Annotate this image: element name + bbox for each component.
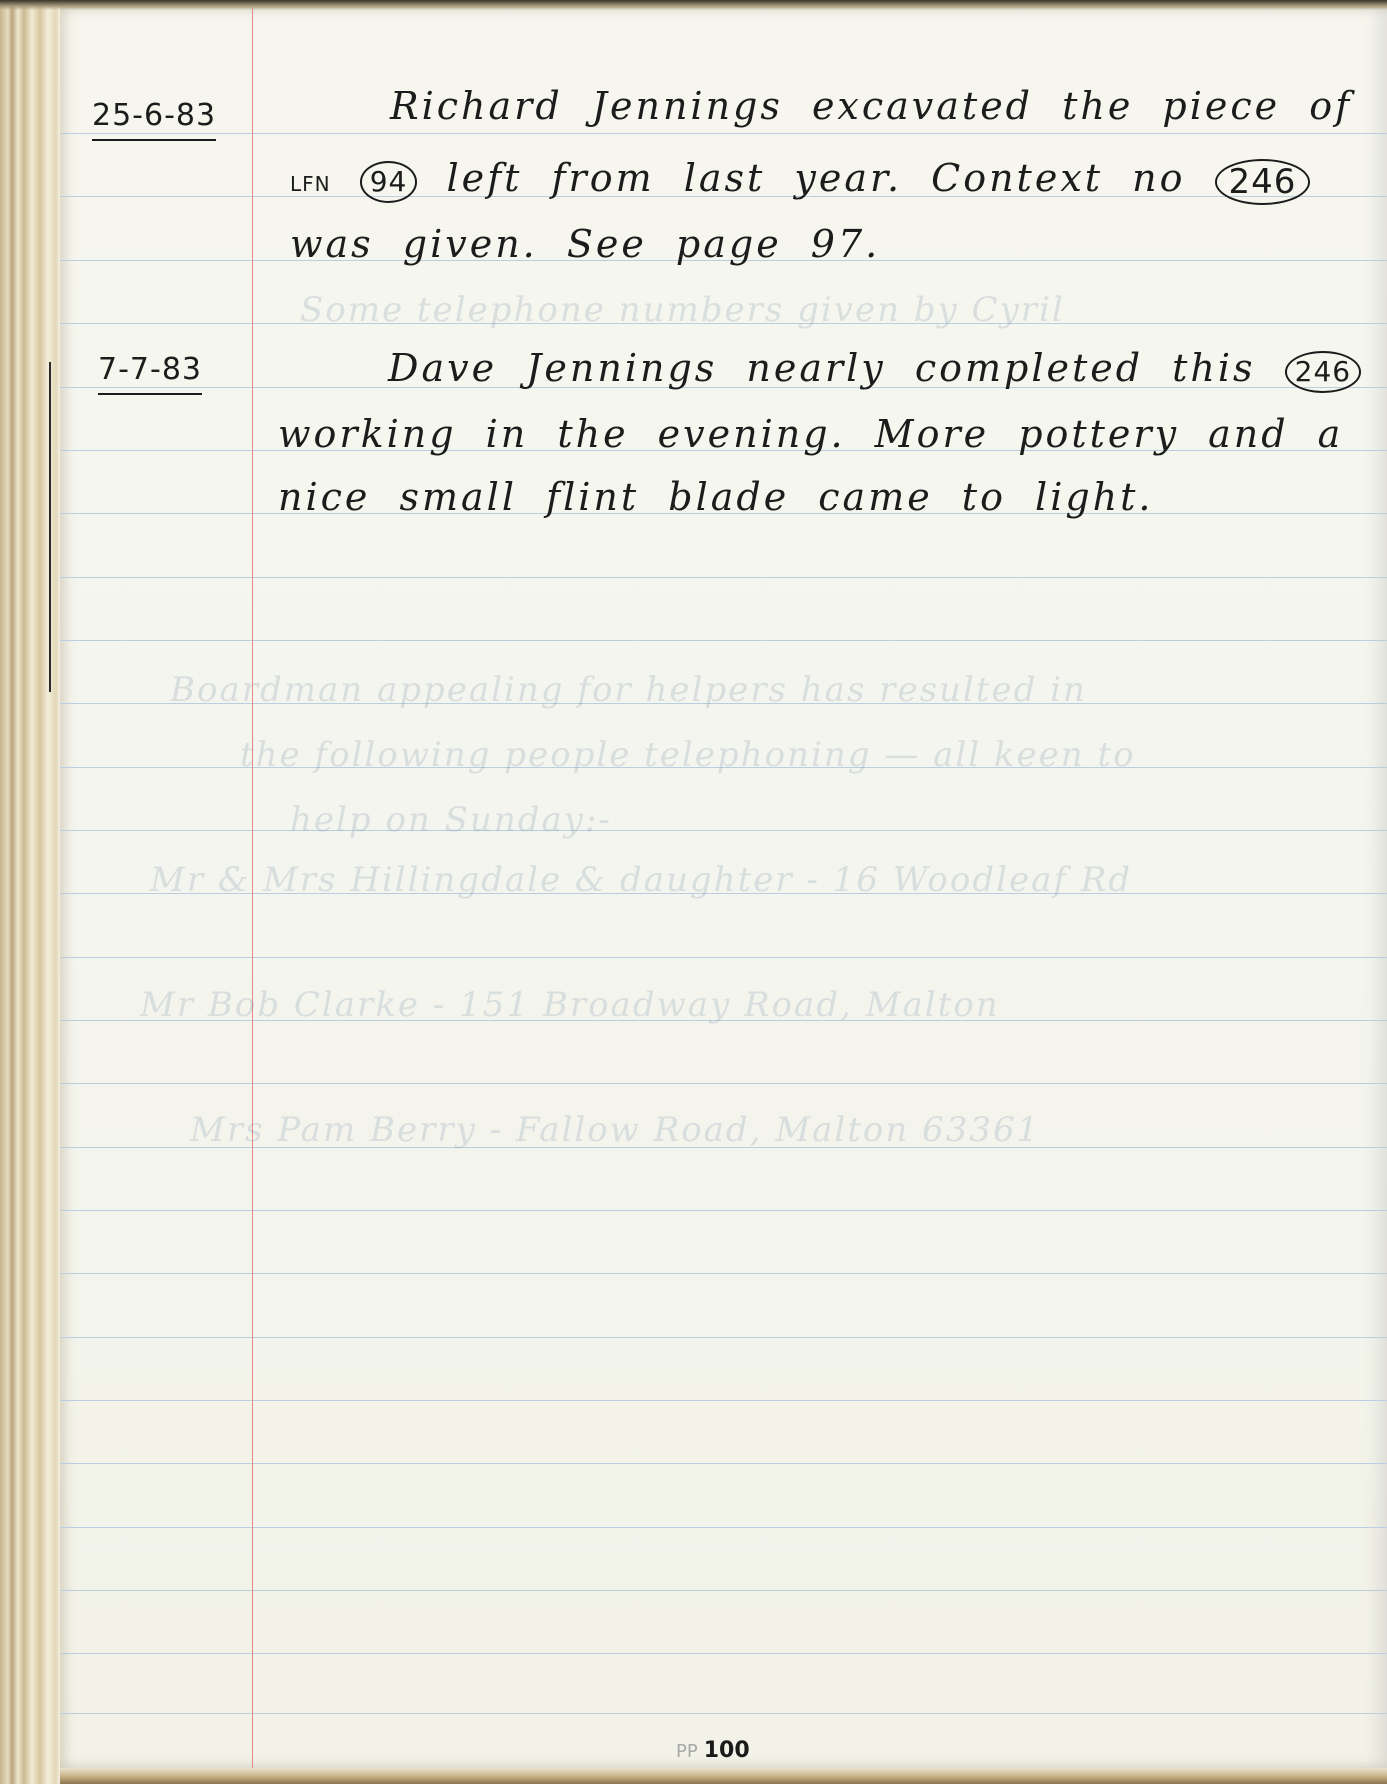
lfn-label: LFN [290,172,331,196]
entry-date: 7-7-83 [98,352,202,395]
ruled-line [60,133,1387,134]
page-number: PP100 [676,1738,750,1763]
ruled-line [60,1713,1387,1714]
ruled-line [60,1337,1387,1338]
entry-line: was given. See page 97. [290,222,880,266]
top-binding-shadow [0,0,1387,10]
circled-number: 94 [360,161,418,203]
entry-line: Richard Jennings excavated the piece of [390,84,1352,128]
show-through-text: help on Sunday:- [290,800,612,840]
entry-line: working in the evening. More pottery and… [278,412,1343,456]
ruled-line [60,1273,1387,1274]
ruled-line [60,1400,1387,1401]
entry-date: 25-6-83 [92,98,216,141]
book-bottom-edge [60,1768,1387,1784]
margin-pen-mark [49,362,51,692]
entry-line-text: Dave Jennings nearly completed this [388,346,1256,390]
ruled-line [60,957,1387,958]
circled-context-number: 246 [1285,351,1361,393]
ruled-line [60,1590,1387,1591]
page-number-value: 100 [704,1738,750,1763]
show-through-text: the following people telephoning — all k… [240,735,1136,775]
ruled-line [60,1653,1387,1654]
entry-line: nice small flint blade came to light. [278,475,1154,519]
show-through-text: Mr Bob Clarke - 151 Broadway Road, Malto… [140,985,1000,1025]
ruled-line [60,640,1387,641]
book-page-edges [0,0,60,1784]
ruled-line [60,1527,1387,1528]
entry-line: LFN 94 left from last year. Context no 2… [290,156,1310,205]
ruled-line [60,830,1387,831]
show-through-text: Some telephone numbers given by Cyril [300,290,1065,330]
show-through-text: Boardman appealing for helpers has resul… [170,670,1087,710]
ruled-line [60,1210,1387,1211]
ruled-line [60,1083,1387,1084]
ruled-line [60,1463,1387,1464]
page-number-prefix: PP [676,1741,698,1762]
entry-line: Dave Jennings nearly completed this 246 [388,346,1361,393]
entry-line-text: left from last year. Context no [446,156,1185,200]
show-through-text: Mrs Pam Berry - Fallow Road, Malton 6336… [190,1110,1040,1150]
circled-context-number: 246 [1215,159,1311,205]
ruled-line [60,577,1387,578]
show-through-text: Mr & Mrs Hillingdale & daughter - 16 Woo… [150,860,1132,900]
